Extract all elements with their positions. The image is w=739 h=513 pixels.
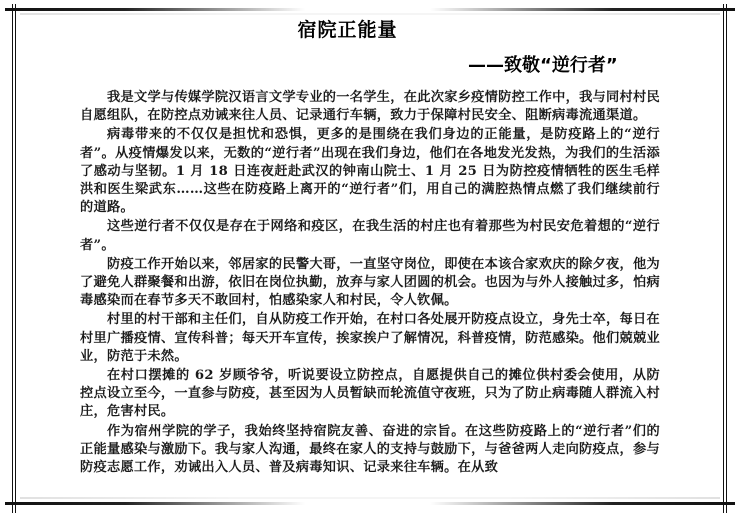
- paragraph: 病毒带来的不仅仅是担忧和恐惧，更多的是围绕在我们身边的正能量，是防疫路上的“逆行…: [80, 126, 660, 217]
- document-title: 宿院正能量: [0, 15, 739, 42]
- paragraph: 村里的村干部和主任们，自从防疫工作开始，在村口各处展开防疫点设立，身先士卒，每日…: [80, 311, 660, 366]
- document-subtitle: ——致敬“逆行者”: [468, 51, 618, 77]
- paragraph: 我是文学与传媒学院汉语言文学专业的一名学生，在此次家乡疫情防控工作中，我与同村村…: [80, 89, 660, 125]
- frame-top-right-rule: [430, 8, 735, 11]
- paragraph: 防疫工作开始以来，邻居家的民警大哥，一直坚守岗位，即使在本该合家欢庆的除夕夜，他…: [80, 256, 660, 311]
- paragraph: 这些逆行者不仅仅是存在于网络和疫区，在我生活的村庄也有着那些为村民安危着想的“逆…: [80, 218, 660, 254]
- frame-bottom-left-rule: [5, 502, 305, 505]
- document-body: 我是文学与传媒学院汉语言文学专业的一名学生，在此次家乡疫情防控工作中，我与同村村…: [80, 89, 660, 478]
- frame-left-rule: [12, 4, 13, 513]
- frame-top-left-rule: [5, 8, 305, 11]
- frame-bottom-shadow: [20, 497, 720, 499]
- document-title-text: 宿院正能量: [297, 15, 397, 42]
- paragraph: 在村口摆摊的 62 岁顾爷爷，听说要设立防控点，自愿提供自己的摊位供村委会使用，…: [80, 367, 660, 422]
- paragraph: 作为宿州学院的学子，我始终坚持宿院友善、奋进的宗旨。在这些防疫路上的“逆行者”们…: [80, 423, 660, 478]
- frame-right-rule-inner: [723, 4, 724, 513]
- frame-left-rule-inner: [15, 4, 16, 513]
- frame-right-rule: [726, 4, 727, 513]
- frame-bottom-right-rule: [430, 502, 735, 505]
